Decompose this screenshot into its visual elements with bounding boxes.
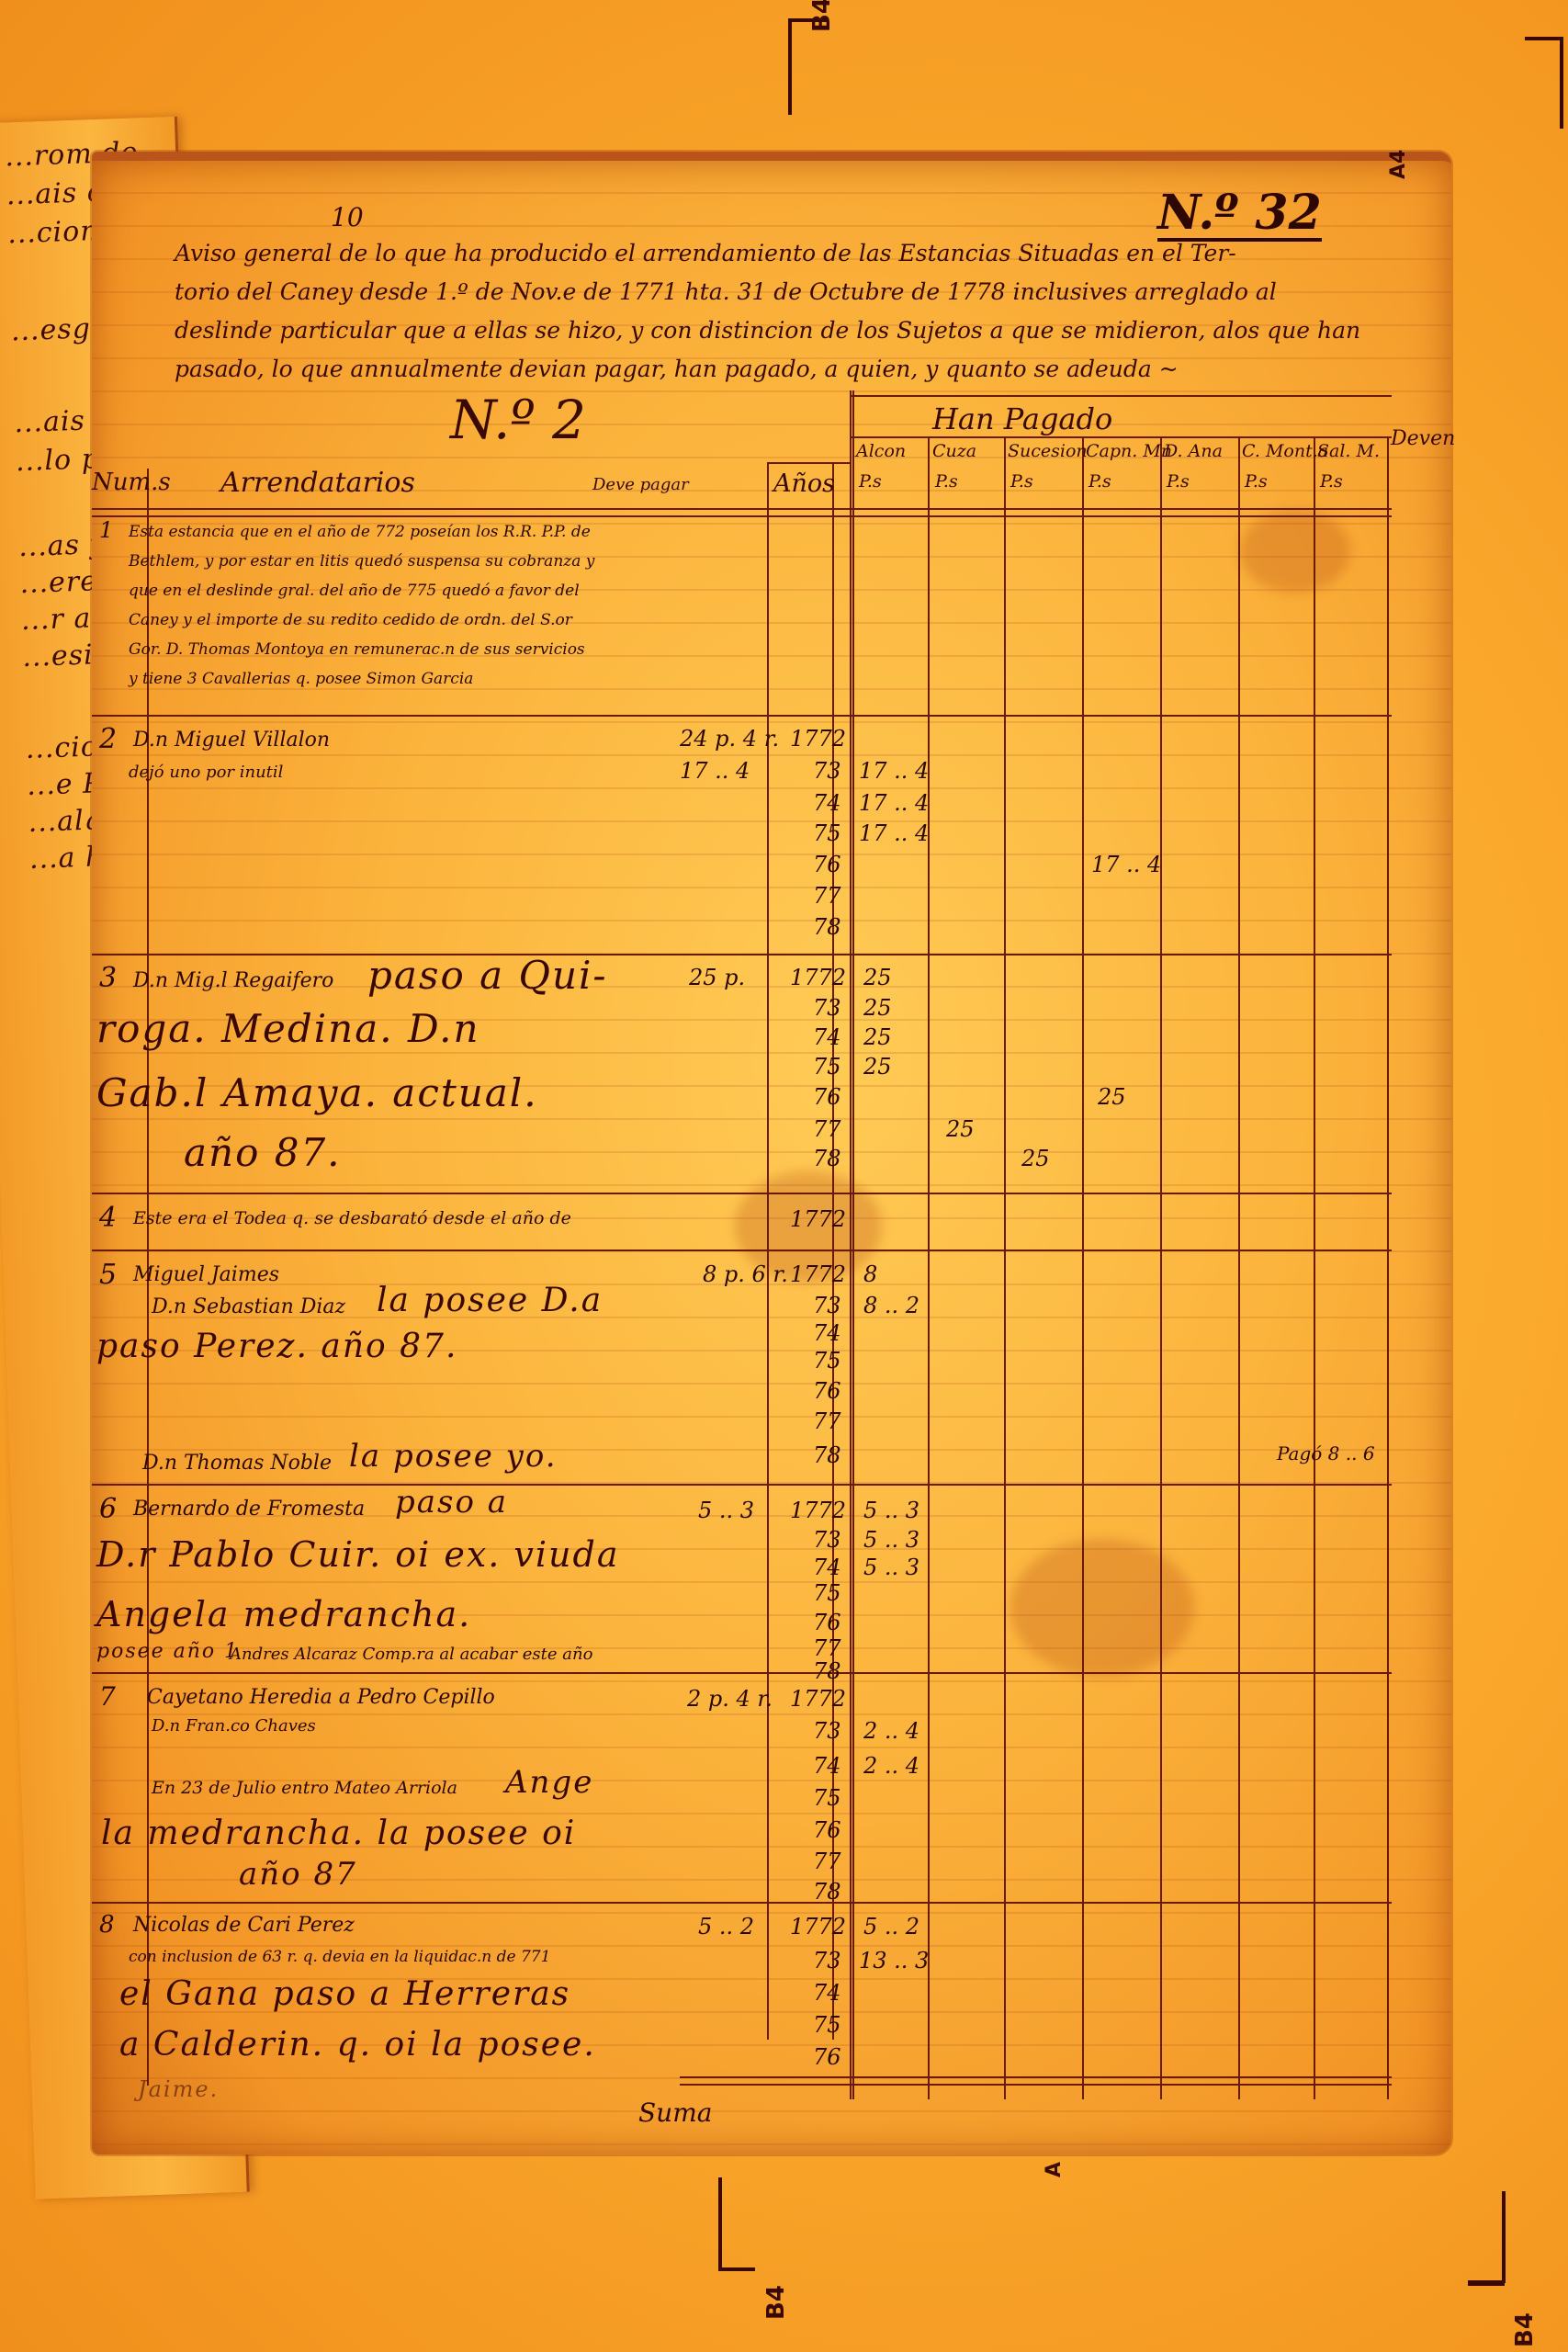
year: 73	[813, 758, 841, 784]
description-line: Caney y el importe de su redito cedido d…	[129, 605, 680, 635]
row-2-owes-adj: 17 .. 4	[680, 758, 750, 784]
row-divider	[92, 1193, 1392, 1194]
payment: 13 .. 3	[859, 1948, 929, 1973]
grid-line	[1082, 436, 1084, 2099]
crop-mark	[718, 2177, 722, 2269]
payment: 17 .. 4	[859, 820, 929, 846]
row-5-owes: 8 p. 6 r.	[703, 1261, 788, 1287]
grid-line	[1314, 436, 1315, 2099]
row-5-sub-tenant: D.n Sebastian Diaz	[152, 1295, 345, 1318]
payment: 2 .. 4	[863, 1718, 919, 1744]
header-years: Años	[773, 469, 835, 498]
row-divider	[92, 1484, 1392, 1486]
row-3-num: 3	[99, 962, 117, 994]
row-7-owes: 2 p. 4 r.	[687, 1686, 773, 1712]
crop-mark	[788, 18, 792, 115]
grid-line	[1004, 436, 1006, 2099]
year: 74	[813, 1024, 841, 1050]
year: 73	[813, 1718, 841, 1744]
payment: 17 .. 4	[859, 790, 929, 816]
row-divider	[92, 954, 1392, 955]
row-5-annotation: paso Perez. año 87.	[96, 1328, 457, 1365]
year: 1772	[790, 1498, 846, 1523]
row-divider	[92, 715, 1392, 717]
total-rule	[680, 2076, 1392, 2086]
year: 75	[813, 820, 841, 846]
payment: 25	[863, 995, 892, 1021]
unit-pesos: P.s	[1089, 471, 1111, 492]
document-title: Aviso general de lo que ha producido el …	[175, 234, 1424, 389]
row-6-annotation: paso a	[395, 1484, 508, 1521]
archive-label: A	[1043, 2162, 1066, 2177]
title-line: torio del Caney desde 1.º de Nov.e de 17…	[175, 273, 1424, 311]
row-6-owes: 5 .. 3	[698, 1498, 754, 1523]
payment: 2 .. 4	[863, 1753, 919, 1779]
grid-line	[928, 436, 930, 2099]
row-3-annotation: Gab.l Amaya. actual.	[96, 1070, 538, 1115]
payment: 25	[863, 1024, 892, 1050]
row-8-annotation: el Gana paso a Herreras	[119, 1975, 570, 2013]
year: 74	[813, 790, 841, 816]
year: 1772	[790, 1914, 846, 1939]
unit-pesos: P.s	[1245, 471, 1268, 492]
grid-line	[1160, 436, 1162, 2099]
year: 77	[813, 883, 841, 909]
year: 73	[813, 995, 841, 1021]
grid-line	[767, 464, 769, 2040]
year: 74	[813, 1320, 841, 1346]
year: 77	[813, 1849, 841, 1874]
row-divider	[92, 1902, 1392, 1904]
description-line: Bethlem, y por estar en litis quedó susp…	[129, 547, 680, 576]
row-2-owes: 24 p. 4 r.	[680, 726, 779, 752]
payment: 5 .. 3	[863, 1555, 919, 1580]
header-owes: Deve pagar	[592, 475, 689, 494]
crop-mark	[1468, 2280, 1505, 2286]
row-7-sub-tenant: En 23 de Julio entro Mateo Arriola	[152, 1778, 457, 1798]
title-line: deslinde particular que a ellas se hizo,…	[175, 311, 1424, 350]
payment: 25	[1021, 1146, 1050, 1171]
row-8-sub-tenant: con inclusion de 63 r. q. devia en la li…	[129, 1948, 550, 1966]
year: 78	[813, 1442, 841, 1468]
row-6-tenant: Bernardo de Fromesta	[133, 1498, 365, 1521]
year: 76	[813, 1084, 841, 1110]
ledger-sheet: 10 N.º 32 Aviso general de lo que ha pro…	[92, 152, 1451, 2154]
year: 76	[813, 1610, 841, 1635]
row-6-annotation: posee año 1	[96, 1640, 239, 1663]
year: 73	[813, 1527, 841, 1553]
year: 76	[813, 1378, 841, 1404]
row-7-annotation: Ange	[505, 1764, 593, 1801]
archive-label: A4	[1387, 150, 1410, 179]
archive-label: B4	[1511, 2312, 1539, 2347]
grid-line	[850, 436, 1392, 438]
paid-col-montoya: C. Mont.a	[1242, 441, 1328, 461]
row-8-annotation: Jaime.	[138, 2076, 219, 2102]
payment: 17 .. 4	[859, 758, 929, 784]
unit-pesos: P.s	[859, 471, 882, 492]
row-6-num: 6	[99, 1493, 117, 1525]
description-line: Gor. D. Thomas Montoya en remunerac.n de…	[129, 635, 680, 664]
year: 74	[813, 1753, 841, 1779]
row-3-tenant: D.n Mig.l Regaifero	[133, 969, 333, 992]
archive-label: B4	[762, 2285, 790, 2320]
row-5-tenant: Miguel Jaimes	[133, 1263, 279, 1286]
row-5-sub-tenant: D.n Thomas Noble	[142, 1452, 332, 1475]
year: 1772	[790, 1206, 846, 1232]
unit-pesos: P.s	[935, 471, 958, 492]
row-8-num: 8	[99, 1911, 115, 1939]
row-3-owes: 25 p.	[689, 965, 745, 990]
row-2-tenant: D.n Miguel Villalon	[133, 729, 330, 752]
row-8-annotation: a Calderin. q. oi la posee.	[119, 2026, 596, 2064]
crop-mark	[1502, 2191, 1506, 2283]
year: 1772	[790, 1686, 846, 1712]
grid-line	[767, 462, 852, 464]
year: 78	[813, 914, 841, 940]
payment: Pagó 8 .. 6	[1277, 1442, 1375, 1464]
year: 75	[813, 1580, 841, 1606]
payment: 25	[863, 1054, 892, 1080]
row-divider	[92, 1249, 1392, 1251]
title-line: pasado, lo que annualmente devian pagar,…	[175, 350, 1424, 389]
year: 75	[813, 2012, 841, 2038]
row-3-annotation: roga. Medina. D.n	[96, 1006, 480, 1051]
paid-col-cuza: Cuza	[932, 441, 976, 461]
unit-pesos: P.s	[1320, 471, 1343, 492]
header-tenants: Arrendatarios	[220, 467, 415, 499]
row-6-annotation: Angela medrancha.	[96, 1594, 471, 1634]
year: 1772	[790, 726, 846, 752]
row-5-num: 5	[99, 1259, 117, 1291]
paid-col-dona-ana: D. Ana	[1164, 441, 1223, 461]
folio-mark: 10	[331, 202, 364, 232]
year: 78	[813, 1146, 841, 1171]
unit-pesos: P.s	[1167, 471, 1190, 492]
year: 76	[813, 852, 841, 877]
total-label: Suma	[638, 2098, 712, 2128]
payment: 5 .. 3	[863, 1527, 919, 1553]
row-5-annotation: la posee D.a	[377, 1282, 603, 1319]
header-rule	[92, 508, 1392, 517]
crop-mark	[1525, 37, 1562, 40]
paid-col-sal: Sal. M.	[1317, 441, 1380, 461]
row-7-annotation: la medrancha. la posee oi	[101, 1815, 576, 1852]
year: 75	[813, 1054, 841, 1080]
year: 77	[813, 1408, 841, 1434]
row-1-num: 1	[99, 517, 113, 543]
header-paid-group: Han Pagado	[932, 401, 1112, 436]
paid-col-sucesion: Sucesion	[1008, 441, 1088, 461]
year: 76	[813, 1817, 841, 1843]
payment: 17 .. 4	[1091, 852, 1161, 877]
row-8-owes: 5 .. 2	[698, 1914, 754, 1939]
grid-line	[1387, 436, 1389, 2099]
row-5-annotation: la posee yo.	[349, 1438, 558, 1475]
paid-col-deven: Deven	[1391, 427, 1455, 450]
description-line: que en el deslinde gral. del año de 775 …	[129, 576, 680, 605]
header-num: Num.s	[92, 469, 171, 496]
year: 75	[813, 1785, 841, 1811]
paid-col-alcon: Alcon	[856, 441, 906, 461]
year: 78	[813, 1879, 841, 1905]
crop-mark	[718, 2267, 755, 2271]
year: 77	[813, 1635, 841, 1661]
year: 75	[813, 1348, 841, 1374]
row-1-description: Esta estancia que en el año de 772 poseí…	[129, 517, 680, 694]
unit-pesos: P.s	[1010, 471, 1033, 492]
row-7-tenant: Cayetano Heredia a Pedro Cepillo	[147, 1686, 495, 1709]
payment: 25	[946, 1116, 975, 1142]
row-4-num: 4	[99, 1202, 117, 1234]
year: 1772	[790, 965, 846, 990]
payment: 5 .. 2	[863, 1914, 919, 1939]
payment: 8	[863, 1261, 877, 1287]
grid-line	[1238, 436, 1240, 2099]
row-4-tenant: Este era el Todea q. se desbarató desde …	[133, 1208, 571, 1228]
year: 73	[813, 1293, 841, 1318]
payment: 25	[863, 965, 892, 990]
grid-line	[852, 390, 854, 2099]
row-2-num: 2	[99, 723, 117, 755]
row-divider	[92, 1672, 1392, 1674]
payment: 25	[1098, 1084, 1126, 1110]
row-7-annotation: año 87	[239, 1856, 357, 1893]
row-3-annotation: paso a Qui-	[367, 953, 608, 998]
description-line: y tiene 3 Cavallerias q. posee Simon Gar…	[129, 664, 680, 694]
year: 1772	[790, 1261, 846, 1287]
year: 78	[813, 1658, 841, 1684]
year: 74	[813, 1555, 841, 1580]
year: 74	[813, 1980, 841, 2006]
paid-col-capitan: Capn. Mn	[1086, 441, 1172, 461]
row-3-annotation: año 87.	[184, 1130, 342, 1175]
grid-line	[850, 390, 852, 2099]
row-7-num: 7	[99, 1681, 116, 1712]
row-2-note: dejó uno por inutil	[129, 763, 283, 782]
description-line: Esta estancia que en el año de 772 poseí…	[129, 517, 680, 547]
section-number: N.º 2	[450, 389, 586, 451]
year: 76	[813, 2044, 841, 2070]
year: 77	[813, 1116, 841, 1142]
payment: 8 .. 2	[863, 1293, 919, 1318]
row-6-annotation: D.r Pablo Cuir. oi ex. viuda	[96, 1534, 620, 1575]
archive-label: B4	[808, 0, 836, 32]
row-6-sub-tenant: Andres Alcaraz Comp.ra al acabar este añ…	[230, 1645, 592, 1664]
title-line: Aviso general de lo que ha producido el …	[175, 234, 1424, 273]
row-8-tenant: Nicolas de Cari Perez	[133, 1914, 355, 1937]
row-7-sub-tenant: D.n Fran.co Chaves	[152, 1716, 316, 1736]
year: 73	[813, 1948, 841, 1973]
payment: 5 .. 3	[863, 1498, 919, 1523]
crop-mark	[1560, 37, 1563, 129]
grid-line	[850, 395, 1392, 397]
